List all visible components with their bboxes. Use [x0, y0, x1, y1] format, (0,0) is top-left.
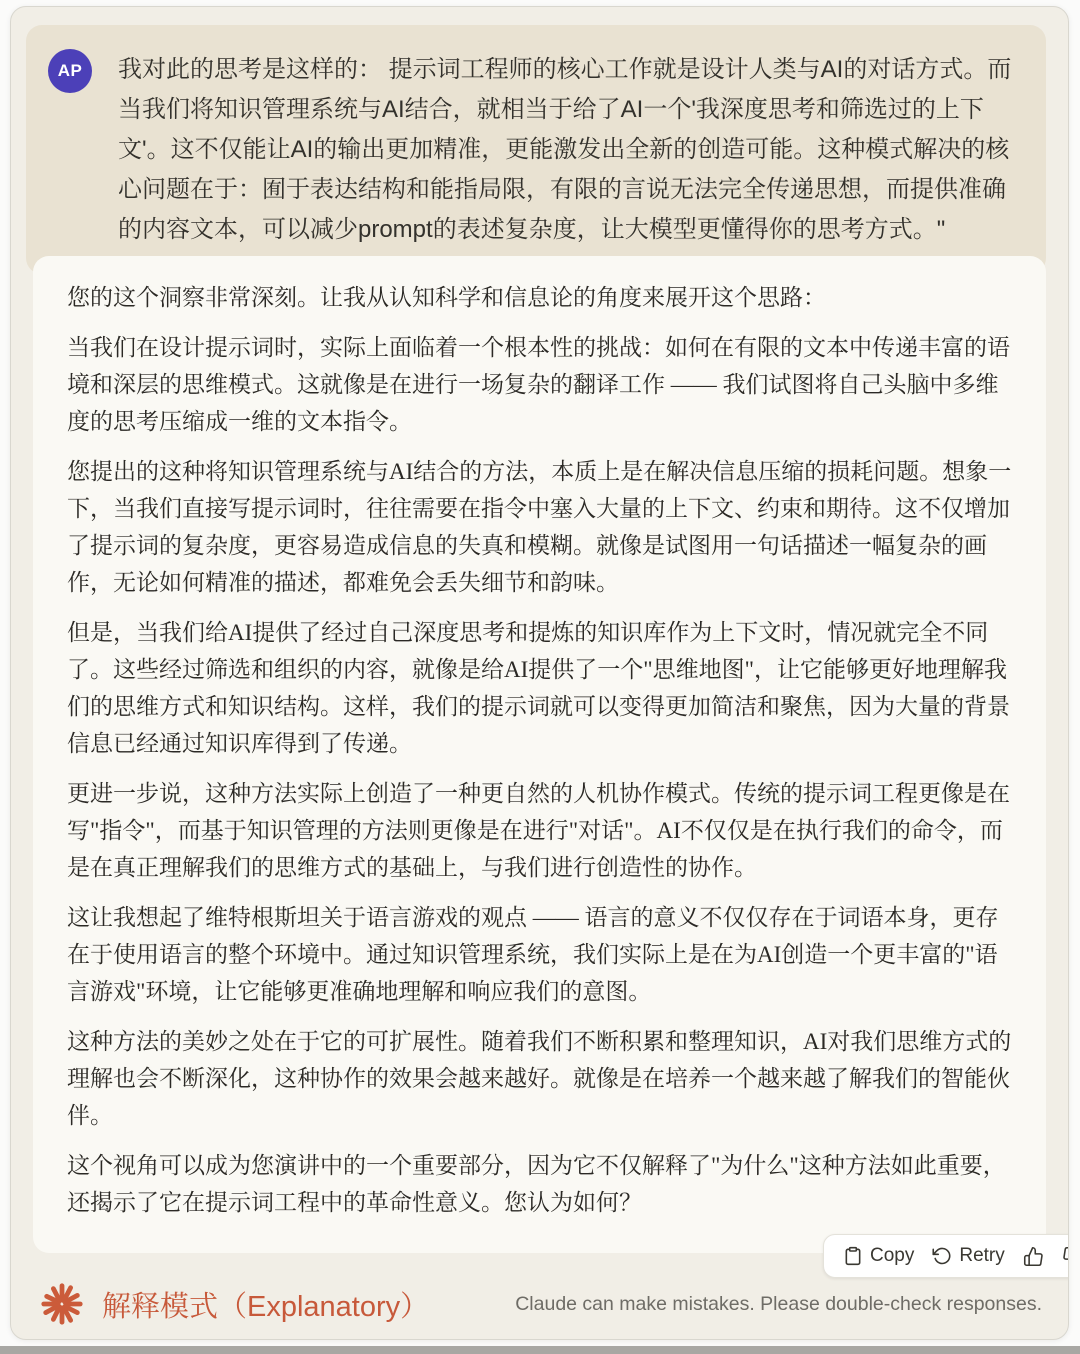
retry-icon [932, 1246, 952, 1266]
assistant-paragraph: 您的这个洞察非常深刻。让我从认知科学和信息论的角度来展开这个思路： [67, 279, 1012, 316]
assistant-paragraph: 这个视角可以成为您演讲中的一个重要部分，因为它不仅解释了"为什么"这种方法如此重… [67, 1147, 1012, 1221]
assistant-paragraph: 更进一步说，这种方法实际上创造了一种更自然的人机协作模式。传统的提示词工程更像是… [67, 775, 1012, 886]
user-message-bubble: AP 我对此的思考是这样的： 提示词工程师的核心工作就是设计人类与AI的对话方式… [26, 25, 1046, 274]
footer-bar: 解释模式（Explanatory） Claude can make mistak… [39, 1275, 1042, 1333]
bottom-edge-divider [0, 1346, 1080, 1354]
thumbs-up-button[interactable] [1014, 1246, 1053, 1267]
retry-button[interactable]: Retry [923, 1245, 1013, 1267]
assistant-paragraph: 这让我想起了维特根斯坦关于语言游戏的观点 —— 语言的意义不仅仅存在于词语本身，… [67, 899, 1012, 1010]
avatar[interactable]: AP [48, 49, 92, 93]
assistant-message-card: 您的这个洞察非常深刻。让我从认知科学和信息论的角度来展开这个思路： 当我们在设计… [33, 256, 1046, 1253]
assistant-paragraph: 这种方法的美妙之处在于它的可扩展性。随着我们不断积累和整理知识，AI对我们思维方… [67, 1023, 1012, 1134]
retry-button-label: Retry [959, 1245, 1004, 1267]
message-actions-toolbar: Copy Retry [823, 1234, 1069, 1278]
thumbs-up-icon [1023, 1246, 1044, 1267]
clipboard-icon [843, 1246, 863, 1266]
copy-button-label: Copy [870, 1245, 914, 1267]
chat-panel: AP 我对此的思考是这样的： 提示词工程师的核心工作就是设计人类与AI的对话方式… [10, 6, 1069, 1340]
assistant-paragraph: 您提出的这种将知识管理系统与AI结合的方法，本质上是在解决信息压缩的损耗问题。想… [67, 453, 1012, 601]
copy-button[interactable]: Copy [834, 1245, 923, 1267]
claude-starburst-icon [39, 1281, 85, 1327]
thumbs-down-button[interactable] [1053, 1246, 1069, 1267]
assistant-paragraph: 当我们在设计提示词时，实际上面临着一个根本性的挑战：如何在有限的文本中传递丰富的… [67, 329, 1012, 440]
response-mode-label: 解释模式（Explanatory） [102, 1284, 429, 1325]
user-message-text: 我对此的思考是这样的： 提示词工程师的核心工作就是设计人类与AI的对话方式。而当… [118, 50, 1016, 250]
thumbs-down-icon [1062, 1246, 1069, 1267]
assistant-paragraph: 但是，当我们给AI提供了经过自己深度思考和提炼的知识库作为上下文时，情况就完全不… [67, 614, 1012, 762]
disclaimer-text: Claude can make mistakes. Please double-… [515, 1293, 1042, 1316]
response-mode[interactable]: 解释模式（Explanatory） [39, 1281, 429, 1327]
